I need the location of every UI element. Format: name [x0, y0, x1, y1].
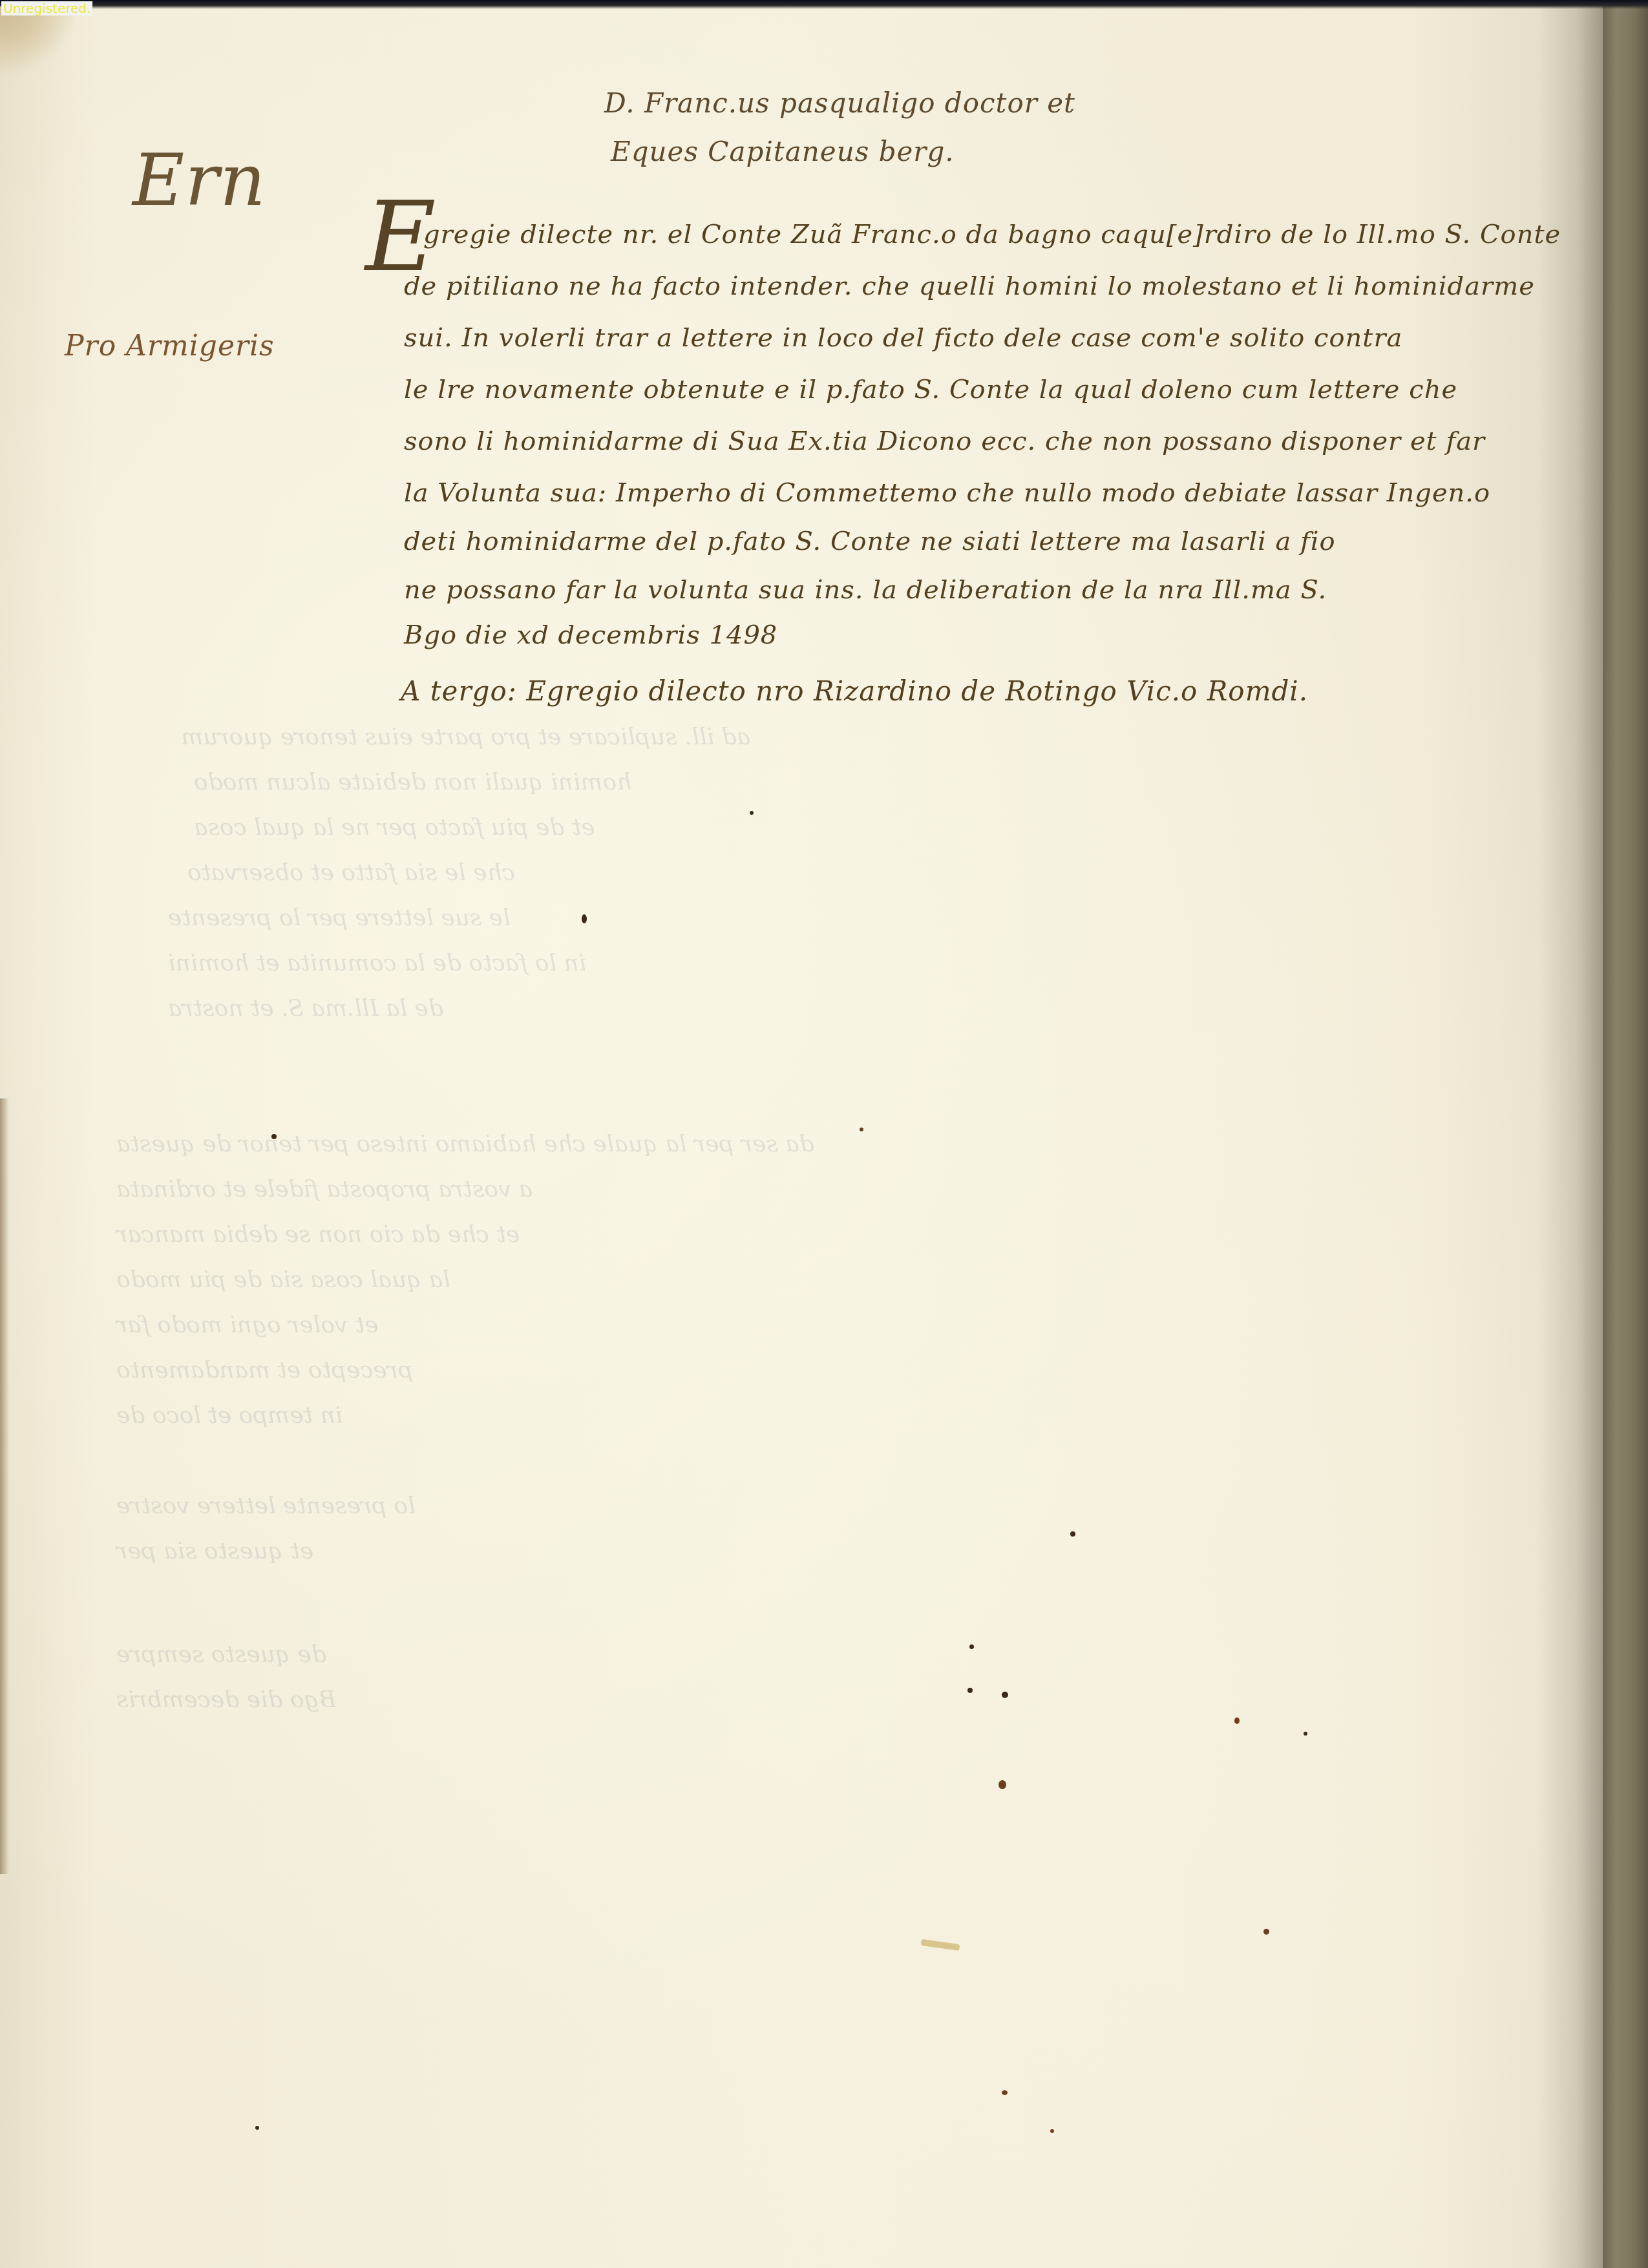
body-line-8: ne possano far la volunta sua ins. la de… — [404, 575, 1327, 605]
bleed-through-line: precepto et mandamento — [116, 1357, 413, 1383]
notary-monogram: Ern — [132, 139, 266, 222]
bleed-through-line: et che da cio non se debia mancar — [116, 1221, 520, 1248]
bleed-through-line: et voler ogni modo far — [116, 1312, 379, 1338]
ink-speck — [1263, 1929, 1269, 1935]
page-left-edge — [0, 1098, 9, 1874]
ink-speck — [1050, 2129, 1054, 2133]
ink-speck — [1234, 1717, 1240, 1724]
heading-line-1: D. Franc.us pasqualigo doctor et — [604, 87, 1075, 119]
body-line-7: deti hominidarme del p.fato S. Conte ne … — [404, 527, 1336, 556]
bleed-through-line: et de piu facto per ne la qual cosa — [194, 814, 595, 841]
scan-top-edge — [0, 0, 1648, 9]
torn-corner — [0, 6, 78, 78]
binding-shadow — [1538, 0, 1603, 2268]
bleed-through-line: lo presente lettere vostre — [116, 1493, 416, 1519]
bleed-through-line: da ser per la quale che habiamo inteso p… — [116, 1131, 814, 1157]
bleed-through-line: de la Ill.ma S. et nostra — [168, 995, 443, 1022]
ink-speck — [998, 1780, 1006, 1789]
bleed-through-line: Bgo die decembris — [116, 1686, 336, 1713]
ink-speck — [271, 1134, 277, 1139]
body-line-6: la Volunta sua: Imperho di Commettemo ch… — [404, 478, 1490, 508]
ink-speck — [1002, 2090, 1008, 2095]
margin-note: Pro Armigeris — [65, 330, 275, 362]
body-line-5: sono li hominidarme di Sua Ex.tia Dicono… — [404, 426, 1485, 456]
body-line-4: le lre novamente obtenute e il p.fato S.… — [404, 375, 1457, 404]
bleed-through-line: ad ill. suplicare et pro parte eius teno… — [181, 724, 750, 750]
ink-speck — [860, 1128, 863, 1131]
unregistered-watermark: Unregistered. — [1, 1, 92, 16]
ink-speck — [1002, 1692, 1008, 1698]
ink-speck — [1070, 1531, 1075, 1537]
date-line: Bgo die xd decembris 1498 — [404, 620, 777, 650]
ink-speck — [969, 1644, 974, 1649]
bleed-through-line: de questo sempre — [116, 1641, 326, 1668]
bleed-through-line: la qual cosa sia de piu modo — [116, 1266, 450, 1293]
bleed-through-line: et questo sia per — [116, 1538, 313, 1564]
body-line-3: sui. In volerli trar a lettere in loco d… — [404, 323, 1402, 353]
bleed-through-line: in tempo et loco de — [116, 1402, 343, 1429]
bleed-through-line: che le sia fatto et observato — [187, 859, 515, 886]
adjacent-leaf-edge — [1603, 0, 1648, 2268]
bleed-through-line: le sue lettere per lo presente — [168, 905, 511, 931]
body-line-1: gregie dilecte nr. el Conte Zuã Franc.o … — [423, 220, 1561, 249]
bleed-through-line: a vostra proposta fidele et ordinata — [116, 1176, 533, 1202]
ink-speck — [1304, 1732, 1307, 1736]
body-line-2: de pitiliano ne ha facto intender. che q… — [404, 271, 1535, 301]
ink-speck — [255, 2126, 259, 2130]
bleed-through-line: homini quali non debiate alcun modo — [194, 769, 631, 795]
ink-speck — [967, 1688, 973, 1693]
ink-speck — [582, 914, 587, 923]
address-line: A tergo: Egregio dilecto nro Rizardino d… — [401, 675, 1308, 707]
bleed-through-line: in lo facto de la comunita et homini — [168, 950, 586, 976]
heading-line-2: Eques Capitaneus berg. — [611, 136, 955, 167]
ink-speck — [750, 811, 754, 815]
